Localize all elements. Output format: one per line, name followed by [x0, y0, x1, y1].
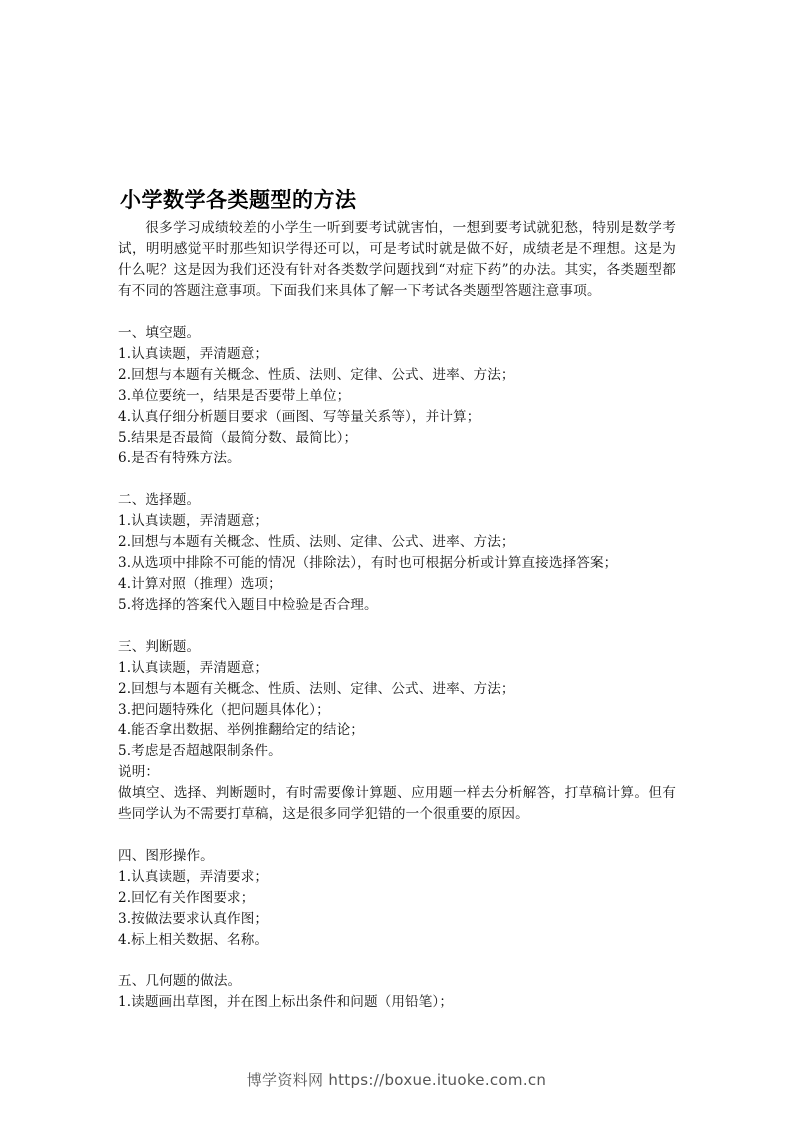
section-fill-in-blank: 一、填空题。 1.认真读题，弄清题意； 2.回想与本题有关概念、性质、法则、定律…	[118, 323, 676, 469]
list-item: 2.回忆有关作图要求；	[118, 888, 676, 909]
section-multiple-choice: 二、选择题。 1.认真读题，弄清题意； 2.回想与本题有关概念、性质、法则、定律…	[118, 490, 676, 615]
footer-watermark: 博学资料网 https://boxue.ituoke.com.cn	[0, 1069, 793, 1090]
section-heading: 一、填空题。	[118, 323, 676, 344]
list-item: 4.计算对照（推理）选项；	[118, 574, 676, 595]
list-item: 6.是否有特殊方法。	[118, 448, 676, 469]
section-heading: 四、图形操作。	[118, 846, 676, 867]
intro-paragraph: 很多学习成绩较差的小学生一听到要考试就害怕，一想到要考试就犯愁，特别是数学考试，…	[118, 218, 676, 302]
list-item: 3.按做法要求认真作图；	[118, 909, 676, 930]
note-label: 说明：	[118, 762, 676, 783]
list-item: 1.认真读题，弄清要求；	[118, 867, 676, 888]
list-item: 4.能否拿出数据、举例推翻给定的结论；	[118, 720, 676, 741]
list-item: 5.考虑是否超越限制条件。	[118, 741, 676, 762]
list-item: 1.读题画出草图，并在图上标出条件和问题（用铅笔）；	[118, 992, 676, 1013]
list-item: 3.单位要统一，结果是否要带上单位；	[118, 386, 676, 407]
list-item: 5.结果是否最简（最简分数、最简比）；	[118, 428, 676, 449]
section-heading: 五、几何题的做法。	[118, 971, 676, 992]
section-heading: 二、选择题。	[118, 490, 676, 511]
list-item: 2.回想与本题有关概念、性质、法则、定律、公式、进率、方法；	[118, 532, 676, 553]
section-true-false: 三、判断题。 1.认真读题，弄清题意； 2.回想与本题有关概念、性质、法则、定律…	[118, 637, 676, 825]
list-item: 3.把问题特殊化（把问题具体化）；	[118, 700, 676, 721]
note-text: 做填空、选择、判断题时，有时需要像计算题、应用题一样去分析解答，打草稿计算。但有…	[118, 783, 676, 825]
list-item: 2.回想与本题有关概念、性质、法则、定律、公式、进率、方法；	[118, 365, 676, 386]
list-item: 4.认真仔细分析题目要求（画图、写等量关系等），并计算；	[118, 407, 676, 428]
list-item: 2.回想与本题有关概念、性质、法则、定律、公式、进率、方法；	[118, 679, 676, 700]
list-item: 1.认真读题，弄清题意；	[118, 658, 676, 679]
list-item: 1.认真读题，弄清题意；	[118, 511, 676, 532]
list-item: 4.标上相关数据、名称。	[118, 930, 676, 951]
section-drawing: 四、图形操作。 1.认真读题，弄清要求； 2.回忆有关作图要求； 3.按做法要求…	[118, 846, 676, 951]
document-page: 小学数学各类题型的方法 很多学习成绩较差的小学生一听到要考试就害怕，一想到要考试…	[118, 186, 676, 1013]
list-item: 3.从选项中排除不可能的情况（排除法），有时也可根据分析或计算直接选择答案；	[118, 553, 676, 574]
list-item: 1.认真读题，弄清题意；	[118, 344, 676, 365]
section-geometry: 五、几何题的做法。 1.读题画出草图，并在图上标出条件和问题（用铅笔）；	[118, 971, 676, 1013]
list-item: 5.将选择的答案代入题目中检验是否合理。	[118, 595, 676, 616]
section-heading: 三、判断题。	[118, 637, 676, 658]
document-title: 小学数学各类题型的方法	[120, 186, 676, 214]
